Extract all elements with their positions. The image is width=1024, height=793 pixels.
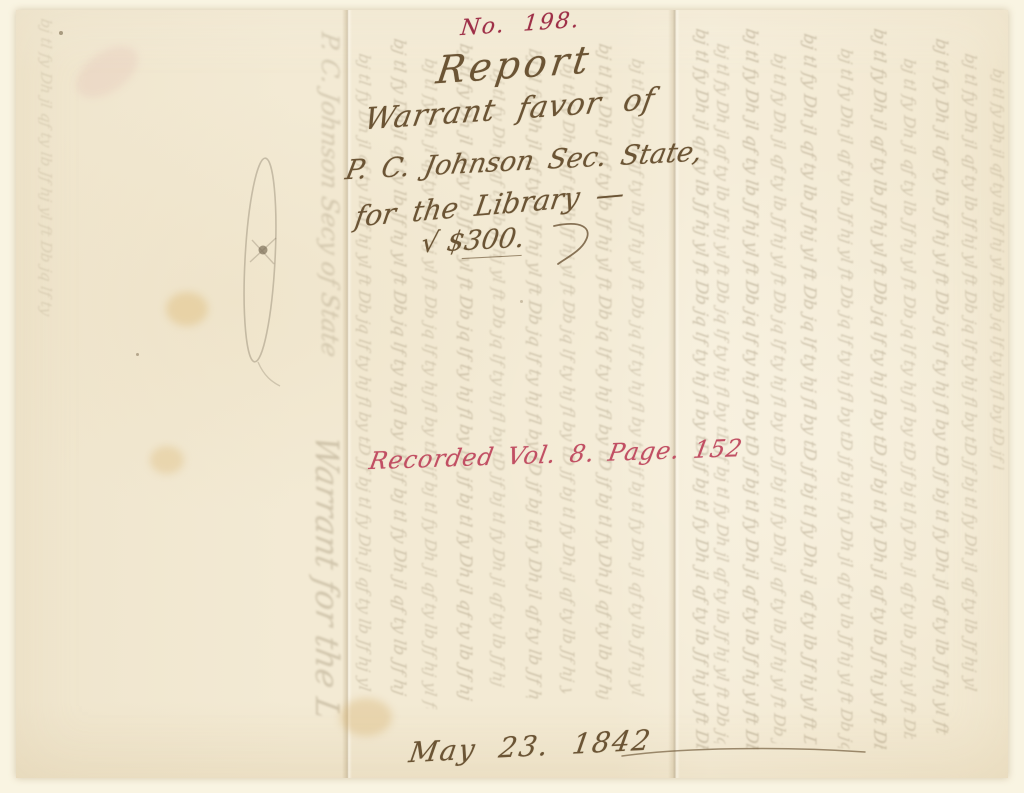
docket-amount: √ $300. — [419, 223, 527, 260]
amount-checkmark: √ $ — [419, 226, 467, 260]
fold-crease-right — [668, 10, 680, 778]
fold-crease-left — [342, 10, 352, 778]
amount-value: 300. — [462, 223, 527, 259]
